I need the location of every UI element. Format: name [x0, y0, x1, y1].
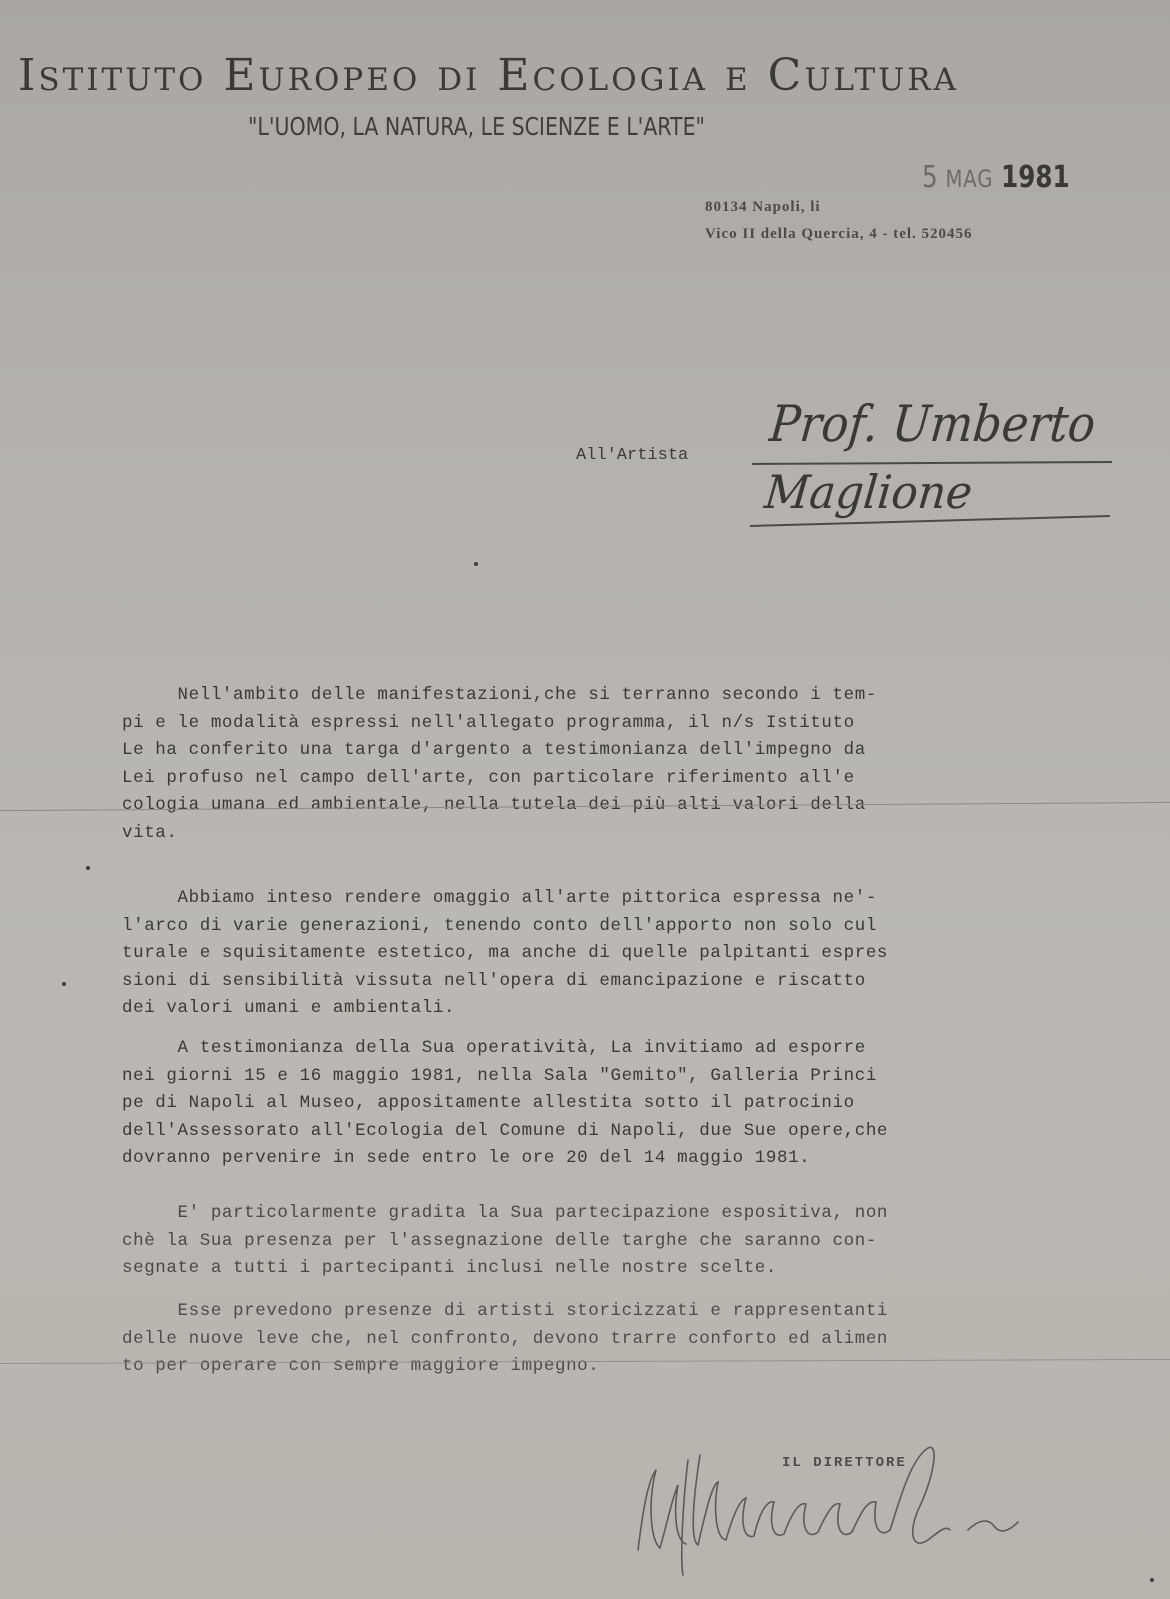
- paragraph-homage: Abbiamo inteso rendere omaggio all'arte …: [122, 885, 1082, 1023]
- text-line: nei giorni 15 e 16 maggio 1981, nella Sa…: [122, 1063, 1082, 1091]
- margin-mark: [86, 866, 90, 870]
- margin-mark: [1150, 1578, 1154, 1582]
- recipient-label: All'Artista: [576, 446, 688, 465]
- institution-motto: "L'UOMO, LA NATURA, LE SCIENZE E L'ARTE": [248, 112, 705, 141]
- text-line: Le ha conferito una targa d'argento a te…: [122, 737, 1082, 765]
- text-line: turale e squisitamente estetico, ma anch…: [122, 940, 1082, 968]
- text-line: segnate a tutti i partecipanti inclusi n…: [122, 1255, 1082, 1283]
- recipient-handwritten-name: Maglione: [762, 465, 974, 519]
- date-stamp: 5 MAG 1981: [922, 160, 1070, 195]
- recipient-handwritten-title: Prof. Umberto: [767, 395, 1098, 453]
- text-line: pe di Napoli al Museo, appositamente all…: [122, 1090, 1082, 1118]
- text-line: delle nuove leve che, nel confronto, dev…: [122, 1326, 1082, 1354]
- text-line: dell'Assessorato all'Ecologia del Comune…: [122, 1118, 1082, 1146]
- text-line: E' particolarmente gradita la Sua partec…: [122, 1200, 1082, 1228]
- date-year: 1981: [1001, 160, 1069, 195]
- date-month: MAG: [945, 165, 993, 193]
- text-line: Nell'ambito delle manifestazioni,che si …: [122, 682, 1082, 710]
- text-line: to per operare con sempre maggiore impeg…: [122, 1353, 1082, 1381]
- text-line: A testimonianza della Sua operatività, L…: [122, 1035, 1082, 1063]
- text-line: chè la Sua presenza per l'assegnazione d…: [122, 1228, 1082, 1256]
- text-line: Esse prevedono presenze di artisti stori…: [122, 1298, 1082, 1326]
- text-line: sioni di sensibilità vissuta nell'opera …: [122, 968, 1082, 996]
- margin-mark: [474, 562, 478, 566]
- letter-page: Istituto Europeo di Ecologia e Cultura "…: [0, 0, 1170, 1599]
- paragraph-invitation: A testimonianza della Sua operatività, L…: [122, 1035, 1082, 1173]
- text-line: Abbiamo inteso rendere omaggio all'arte …: [122, 885, 1082, 913]
- date-day: 5: [922, 160, 938, 195]
- paragraph-award: Nell'ambito delle manifestazioni,che si …: [122, 682, 1082, 847]
- text-line: Lei profuso nel campo dell'arte, con par…: [122, 765, 1082, 793]
- text-line: dovranno pervenire in sede entro le ore …: [122, 1145, 1082, 1173]
- margin-mark: [62, 982, 66, 986]
- address-street: Vico II della Quercia, 4 - tel. 520456: [705, 226, 973, 243]
- text-line: l'arco di varie generazioni, tenendo con…: [122, 913, 1082, 941]
- director-signature: [628, 1440, 1098, 1580]
- text-line: vita.: [122, 820, 1082, 848]
- text-line: pi e le modalità espressi nell'allegato …: [122, 710, 1082, 738]
- paragraph-artists: Esse prevedono presenze di artisti stori…: [122, 1298, 1082, 1381]
- address-city: 80134 Napoli, li: [705, 199, 821, 216]
- paragraph-participation: E' particolarmente gradita la Sua partec…: [122, 1200, 1082, 1283]
- text-line: dei valori umani e ambientali.: [122, 995, 1082, 1023]
- institution-name: Istituto Europeo di Ecologia e Cultura: [18, 50, 1098, 101]
